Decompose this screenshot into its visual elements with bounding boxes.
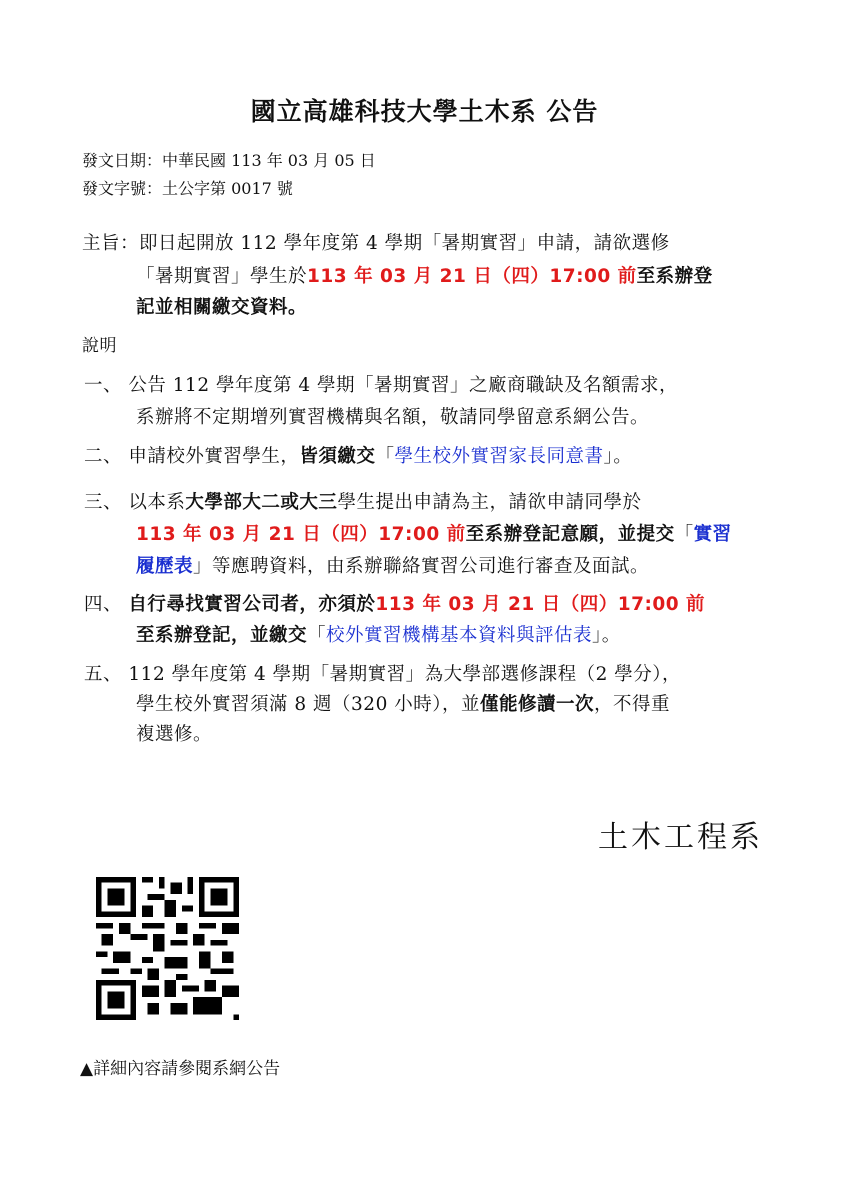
- bracket: 」。: [592, 625, 621, 646]
- item-3-text: 」等應聘資料，由系辦聯絡實習公司進行審查及面試。: [193, 556, 649, 577]
- reference-number: 發文字號：土公字第 0017 號: [82, 176, 293, 199]
- item-3: 三、 以本系大學部大二或大三學生提出申請為主，請欲申請同學於: [84, 488, 641, 514]
- deadline-highlight: 113 年 03 月 21 日（四）17:00 前: [375, 594, 705, 615]
- item-5-line-1: 112 學年度第 4 學期「暑期實習」為大學部選修課程（2 學分），: [128, 664, 681, 685]
- subject-line-1: 即日起開放 112 學年度第 4 學期「暑期實習」申請，請欲選修: [139, 233, 670, 254]
- footer-note: ▲詳細內容請參閱系網公告: [80, 1054, 280, 1079]
- item-3-text: 學生提出申請為主，請欲申請同學於: [337, 492, 641, 513]
- item-2-text: 申請校外實習學生，: [128, 446, 299, 467]
- item-3-bold: 至系辦登記意願，並提交: [466, 524, 675, 545]
- resume-link: 履歷表: [136, 556, 193, 577]
- item-4-bold: 至系辦登記，並繳交: [136, 625, 307, 646]
- item-5-text: ，不得重: [594, 694, 670, 715]
- qr-code-icon[interactable]: [96, 877, 239, 1020]
- item-5-text: 學生校外實習須滿 8 週（320 小時），並: [136, 694, 480, 715]
- item-2: 二、 申請校外實習學生，皆須繳交「學生校外實習家長同意書」。: [84, 442, 632, 468]
- subject-line-2: 「暑期實習」學生於: [136, 266, 307, 287]
- department-signature: 土木工程系: [598, 812, 763, 856]
- item-5-line-3: 複選修。: [136, 720, 212, 746]
- item-1: 一、 公告 112 學年度第 4 學期「暑期實習」之廠商職缺及名額需求，: [84, 371, 678, 397]
- item-5: 五、 112 學年度第 4 學期「暑期實習」為大學部選修課程（2 學分），: [84, 660, 681, 686]
- bracket: 」。: [603, 446, 632, 467]
- parent-consent-form-link: 學生校外實習家長同意書: [394, 446, 603, 467]
- bracket: 「: [375, 446, 394, 467]
- item-number: 一、: [84, 375, 122, 396]
- institution-evaluation-form-link: 校外實習機構基本資料與評估表: [326, 625, 592, 646]
- subject-line-3: 記並相關繳交資料。: [136, 293, 307, 319]
- subject-line-2-end: 至系辦登: [637, 266, 713, 287]
- item-number: 五、: [84, 664, 122, 685]
- resume-link: 實習: [694, 524, 732, 545]
- item-3-bold: 大學部大二或大三: [185, 492, 337, 513]
- item-2-bold: 皆須繳交: [299, 446, 375, 467]
- deadline-highlight: 113 年 03 月 21 日（四）17:00 前: [136, 524, 466, 545]
- item-4: 四、 自行尋找實習公司者，亦須於113 年 03 月 21 日（四）17:00 …: [84, 590, 705, 616]
- item-number: 四、: [84, 594, 122, 615]
- item-1-line-2: 系辦將不定期增列實習機構與名額，敬請同學留意系網公告。: [136, 403, 649, 429]
- bracket: 「: [307, 625, 326, 646]
- item-1-line-1: 公告 112 學年度第 4 學期「暑期實習」之廠商職缺及名額需求，: [128, 375, 678, 396]
- bracket: 「: [675, 524, 694, 545]
- deadline-highlight: 113 年 03 月 21 日（四）17:00 前: [307, 266, 637, 287]
- issue-date: 發文日期：中華民國 113 年 03 月 05 日: [82, 148, 376, 171]
- item-number: 二、: [84, 446, 122, 467]
- item-4-bold: 自行尋找實習公司者，亦須於: [128, 594, 375, 615]
- announcement-title: 國立高雄科技大學土木系 公告: [0, 92, 849, 128]
- item-5-bold: 僅能修讀一次: [480, 694, 594, 715]
- item-number: 三、: [84, 492, 122, 513]
- explanation-label: 說明: [82, 331, 117, 356]
- subject-label: 主旨：: [82, 233, 139, 254]
- item-3-text: 以本系: [128, 492, 185, 513]
